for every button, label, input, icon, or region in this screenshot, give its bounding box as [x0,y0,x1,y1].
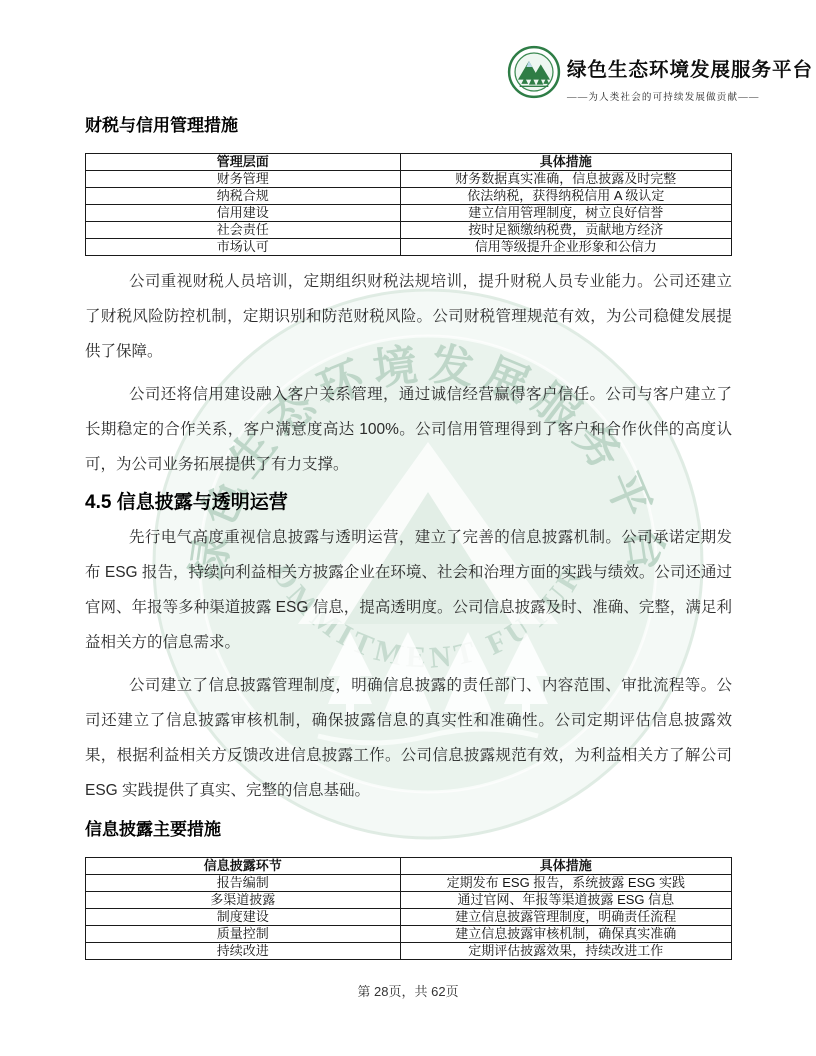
table-header-row: 信息披露环节 具体措施 [86,858,732,875]
disclosure-measures-table: 信息披露环节 具体措施 报告编制 定期发布 ESG 报告，系统披露 ESG 实践… [85,857,732,960]
table-cell: 信用建设 [86,205,401,222]
table-row: 纳税合规 依法纳税，获得纳税信用 A 级认定 [86,188,732,205]
table-header-row: 管理层面 具体措施 [86,154,732,171]
paragraph-fiscal-training: 公司重视财税人员培训，定期组织财税法规培训，提升财税人员专业能力。公司还建立了财… [85,264,732,369]
brand-subtitle: ——为人类社会的可持续发展做贡献—— [567,89,737,103]
paragraph-credit-customer: 公司还将信用建设融入客户关系管理，通过诚信经营赢得客户信任。公司与客户建立了长期… [85,377,732,482]
page-header: 绿色生态环境发展服务平台 ——为人类社会的可持续发展做贡献—— [85,0,732,112]
table-cell: 建立信用管理制度，树立良好信誉 [400,205,731,222]
table-cell: 定期发布 ESG 报告，系统披露 ESG 实践 [400,875,731,892]
table-cell: 报告编制 [86,875,401,892]
table-row: 质量控制 建立信息披露审核机制，确保真实准确 [86,926,732,943]
table-cell: 财务数据真实准确，信息披露及时完整 [400,171,731,188]
table-row: 社会责任 按时足额缴纳税费，贡献地方经济 [86,222,732,239]
fiscal-credit-table: 管理层面 具体措施 财务管理 财务数据真实准确，信息披露及时完整 纳税合规 依法… [85,153,732,256]
document-page: 绿色生态环境发展服务平台 COMMITMENT FUTURE [0,0,816,1056]
table-row: 多渠道披露 通过官网、年报等渠道披露 ESG 信息 [86,892,732,909]
table-cell: 通过官网、年报等渠道披露 ESG 信息 [400,892,731,909]
table-cell: 社会责任 [86,222,401,239]
table-cell: 财务管理 [86,171,401,188]
section-heading-fiscal-credit: 财税与信用管理措施 [85,114,732,138]
table-cell: 质量控制 [86,926,401,943]
table-cell: 市场认可 [86,239,401,256]
page-number: 第 28页，共 62页 [357,984,458,999]
paragraph-disclosure-system: 公司建立了信息披露管理制度，明确信息披露的责任部门、内容范围、审批流程等。公司还… [85,668,732,808]
green-ecology-emblem-icon [507,45,561,99]
table-cell: 制度建设 [86,909,401,926]
content-area: 绿色生态环境发展服务平台 ——为人类社会的可持续发展做贡献—— 财税与信用管理措… [0,0,816,960]
table-cell: 按时足额缴纳税费，贡献地方经济 [400,222,731,239]
table-cell: 纳税合规 [86,188,401,205]
table-row: 持续改进 定期评估披露效果，持续改进工作 [86,943,732,960]
column-header: 信息披露环节 [86,858,401,875]
brand-title: 绿色生态环境发展服务平台 [567,54,737,82]
paragraph-disclosure-mechanism: 先行电气高度重视信息披露与透明运营，建立了完善的信息披露机制。公司承诺定期发布 … [85,520,732,660]
table-cell: 建立信息披露审核机制，确保真实准确 [400,926,731,943]
table-row: 市场认可 信用等级提升企业形象和公信力 [86,239,732,256]
page-footer: 第 28页，共 62页 [0,981,816,1000]
brand-block: 绿色生态环境发展服务平台 ——为人类社会的可持续发展做贡献—— [567,54,737,103]
table-cell: 多渠道披露 [86,892,401,909]
table-cell: 依法纳税，获得纳税信用 A 级认定 [400,188,731,205]
table-cell: 建立信息披露管理制度，明确责任流程 [400,909,731,926]
table-row: 财务管理 财务数据真实准确，信息披露及时完整 [86,171,732,188]
table-row: 信用建设 建立信用管理制度，树立良好信誉 [86,205,732,222]
section-heading-disclosure-measures: 信息披露主要措施 [85,818,732,842]
column-header: 具体措施 [400,858,731,875]
column-header: 具体措施 [400,154,731,171]
column-header: 管理层面 [86,154,401,171]
table-cell: 持续改进 [86,943,401,960]
table-cell: 定期评估披露效果，持续改进工作 [400,943,731,960]
table-row: 制度建设 建立信息披露管理制度，明确责任流程 [86,909,732,926]
section-heading-disclosure: 4.5 信息披露与透明运营 [85,490,732,516]
table-row: 报告编制 定期发布 ESG 报告，系统披露 ESG 实践 [86,875,732,892]
table-cell: 信用等级提升企业形象和公信力 [400,239,731,256]
